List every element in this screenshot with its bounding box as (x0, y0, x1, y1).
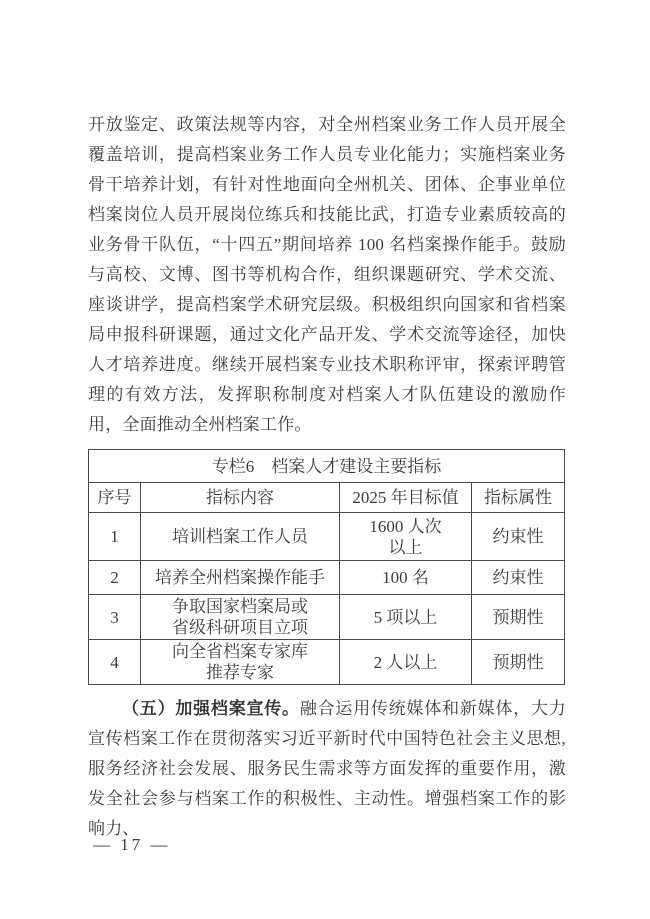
cell-attribute: 约束性 (472, 561, 565, 595)
paragraph-archive-talent: 开放鉴定、政策法规等内容，对全州档案业务工作人员开展全覆盖培训，提高档案业务工作… (88, 110, 566, 440)
cell-seq: 4 (89, 640, 141, 685)
paragraph-section-five: （五）加强档案宣传。融合运用传统媒体和新媒体，大力宣传档案工作在贯彻落实习近平新… (88, 694, 566, 844)
cell-target: 2 人以上 (340, 640, 472, 685)
table-title-row: 专栏6 档案人才建设主要指标 (89, 450, 565, 483)
cell-seq: 2 (89, 561, 141, 595)
table-row: 4 向全省档案专家库 推荐专家 2 人以上 预期性 (89, 640, 565, 685)
header-seq: 序号 (89, 483, 141, 513)
cell-content: 向全省档案专家库 推荐专家 (141, 640, 340, 685)
cell-seq: 3 (89, 595, 141, 640)
indicator-table: 专栏6 档案人才建设主要指标 序号 指标内容 2025 年目标值 指标属性 1 … (88, 449, 565, 685)
header-indicator-content: 指标内容 (141, 483, 340, 513)
section-five-body: 融合运用传统媒体和新媒体，大力宣传档案工作在贯彻落实习近平新时代中国特色社会主义… (88, 699, 566, 838)
cell-content: 争取国家档案局或 省级科研项目立项 (141, 595, 340, 640)
cell-target: 1600 人次 以上 (340, 513, 472, 561)
header-attribute: 指标属性 (472, 483, 565, 513)
table-row: 2 培养全州档案操作能手 100 名 约束性 (89, 561, 565, 595)
text-block: 开放鉴定、政策法规等内容，对全州档案业务工作人员开展全覆盖培训，提高档案业务工作… (88, 110, 566, 844)
table-header-row: 序号 指标内容 2025 年目标值 指标属性 (89, 483, 565, 513)
cell-content: 培养全州档案操作能手 (141, 561, 340, 595)
cell-seq: 1 (89, 513, 141, 561)
cell-target: 5 项以上 (340, 595, 472, 640)
page-number: — 17 — (93, 834, 171, 856)
cell-attribute: 预期性 (472, 595, 565, 640)
table-title: 专栏6 档案人才建设主要指标 (89, 450, 565, 483)
cell-attribute: 预期性 (472, 640, 565, 685)
cell-content: 培训档案工作人员 (141, 513, 340, 561)
cell-attribute: 约束性 (472, 513, 565, 561)
table-row: 1 培训档案工作人员 1600 人次 以上 约束性 (89, 513, 565, 561)
section-five-heading: （五）加强档案宣传。 (122, 699, 300, 718)
header-2025-target: 2025 年目标值 (340, 483, 472, 513)
document-page: 开放鉴定、政策法规等内容，对全州档案业务工作人员开展全覆盖培训，提高档案业务工作… (0, 0, 650, 919)
cell-target: 100 名 (340, 561, 472, 595)
table-row: 3 争取国家档案局或 省级科研项目立项 5 项以上 预期性 (89, 595, 565, 640)
